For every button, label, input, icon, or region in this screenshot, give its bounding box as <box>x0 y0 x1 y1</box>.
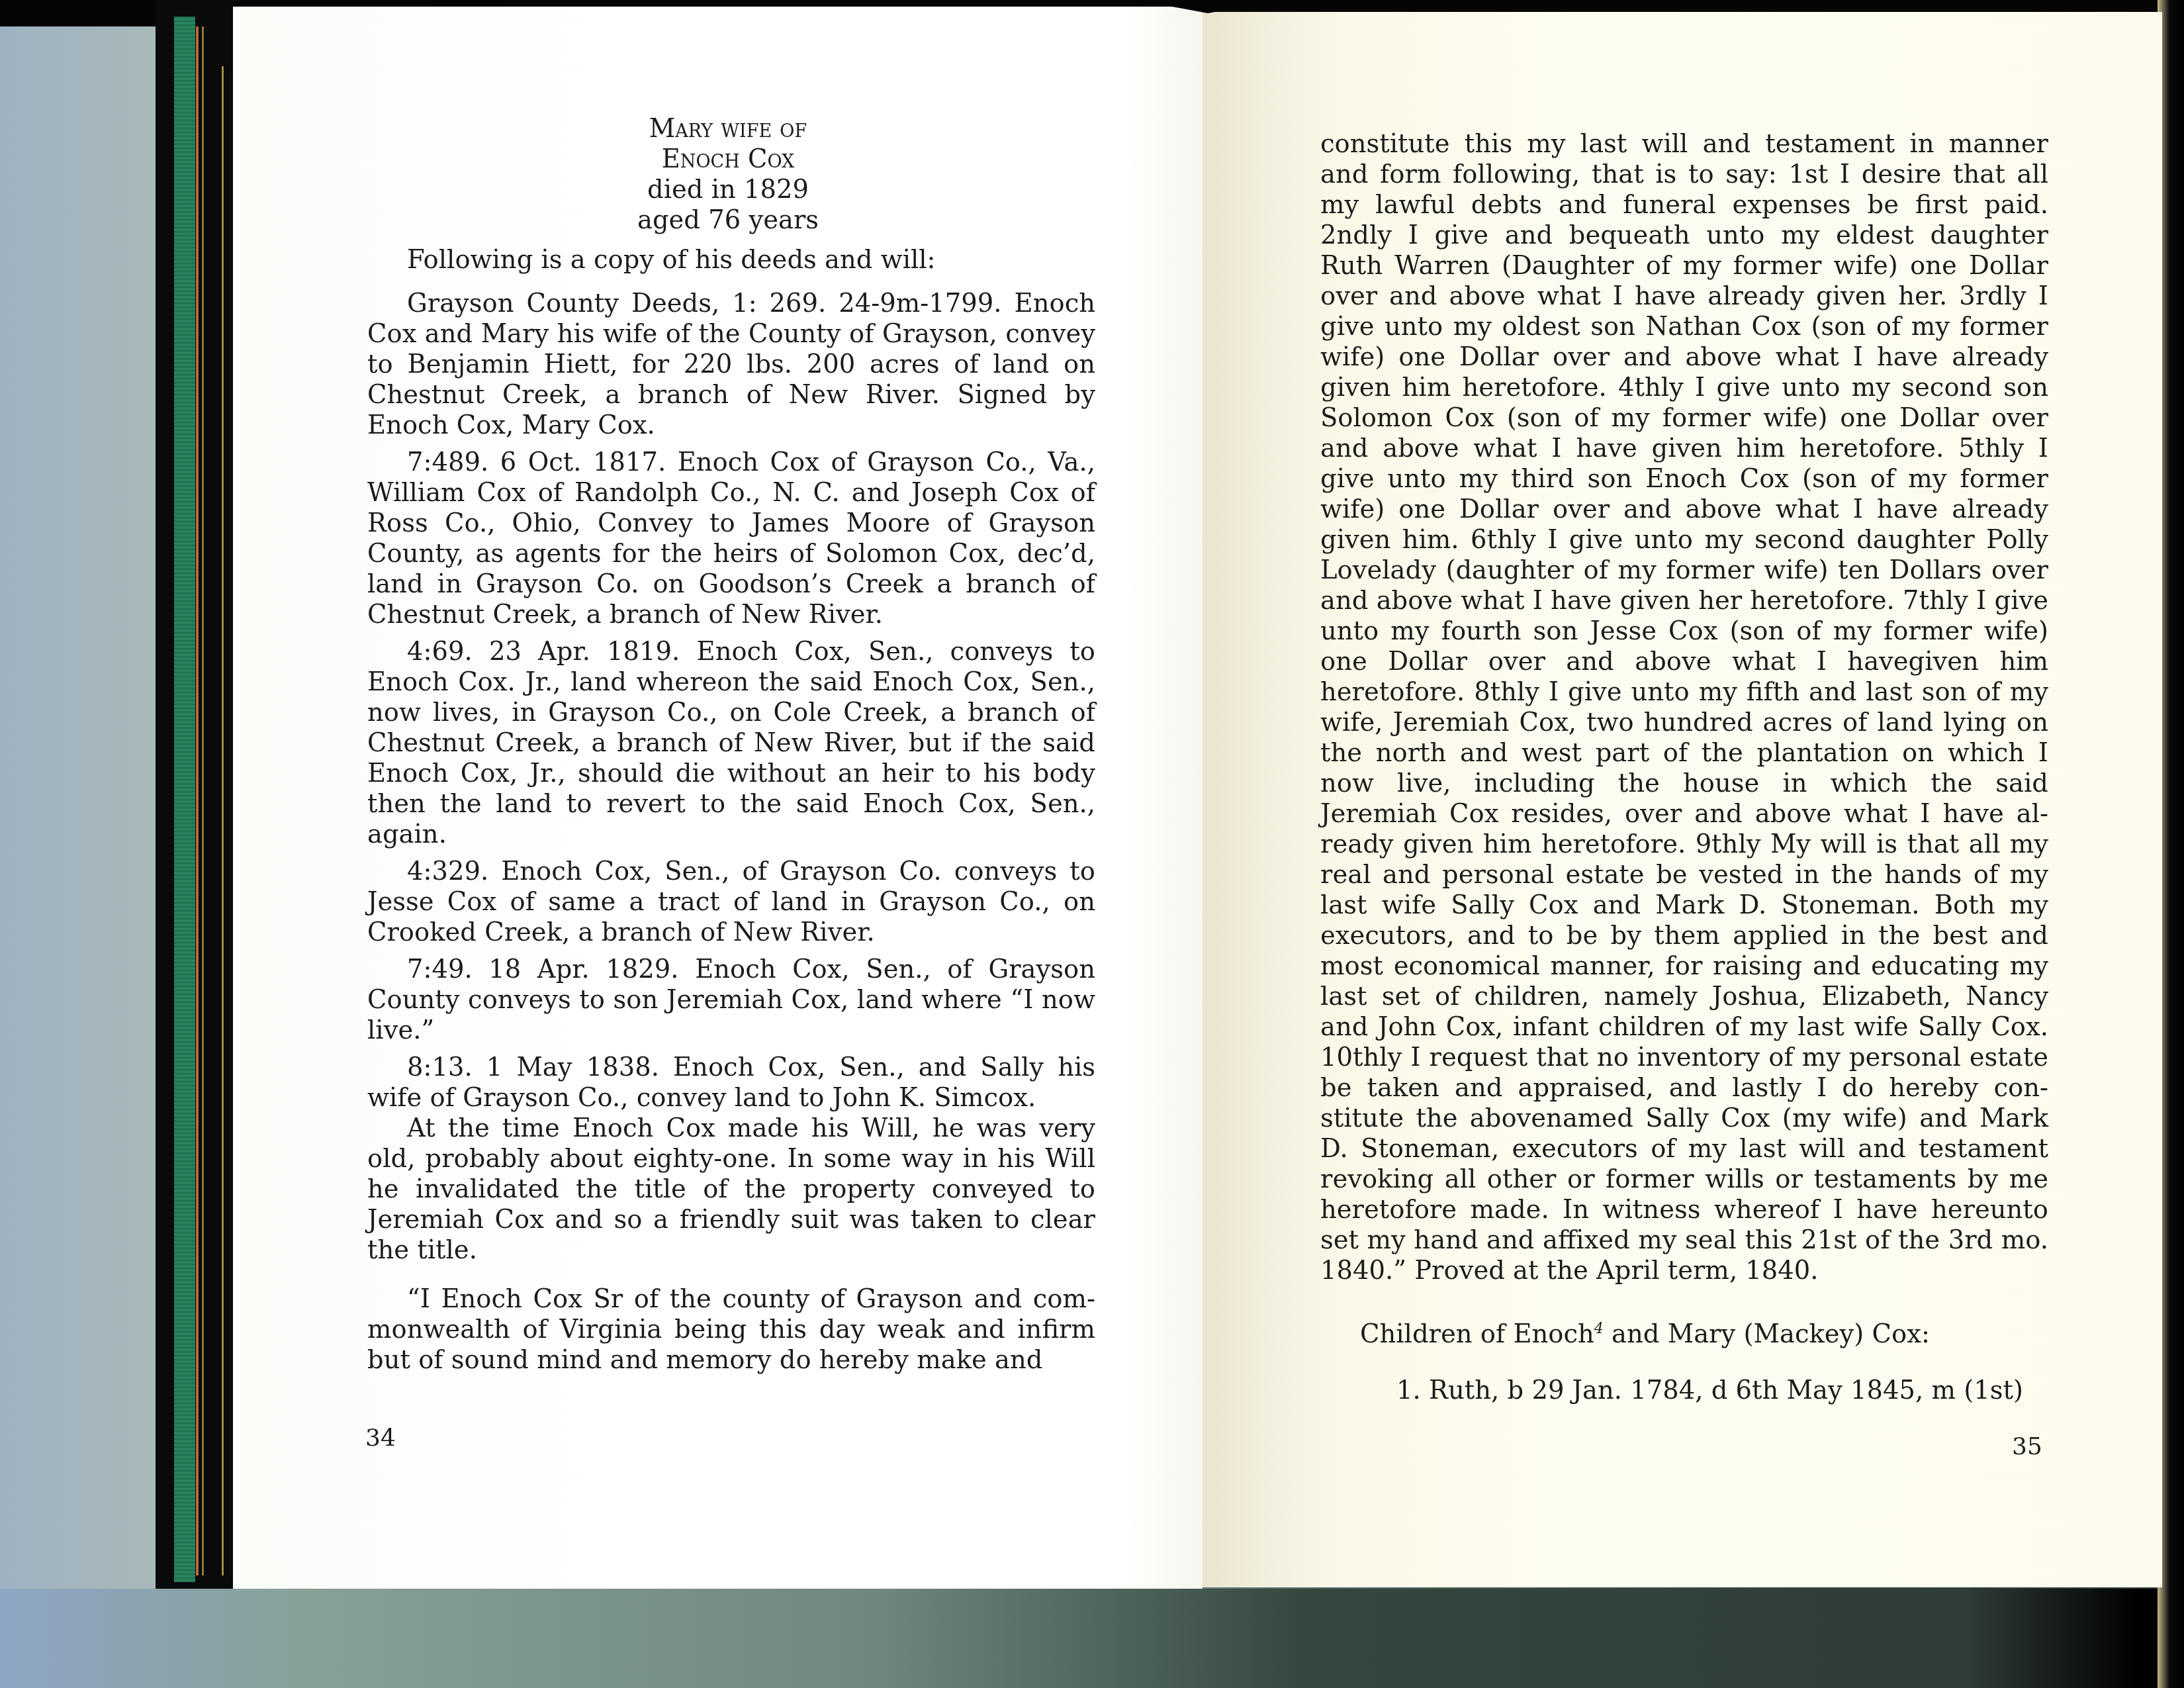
deed-paragraph: 7:49. 18 Apr. 1829. Enoch Cox, Sen., of … <box>367 955 1095 1046</box>
deed-paragraph: Grayson County Deeds, 1: 269. 24-9m-1799… <box>367 289 1095 441</box>
deed-paragraph: 4:329. Enoch Cox, Sen., of Grayson Co. c… <box>367 857 1095 948</box>
deed-paragraph: 8:13. 1 May 1838. Enoch Cox, Sen., and S… <box>367 1053 1095 1113</box>
children-heading-suffix: and Mary (Mackey) Cox: <box>1604 1319 1930 1349</box>
heading-line: Mary wife of <box>361 114 1095 144</box>
page-number-right: 35 <box>2012 1433 2042 1460</box>
children-heading: Children of Enoch4 and Mary (Mackey) Cox… <box>1320 1319 2048 1350</box>
page-number-left: 34 <box>365 1425 396 1452</box>
right-page-text: constitute this my last will and testame… <box>1320 129 2048 1431</box>
deed-paragraph: 4:69. 23 Apr. 1819. Enoch Cox, Sen., con… <box>367 637 1095 850</box>
intro-paragraph: Following is a copy of his deeds and wil… <box>367 245 1095 275</box>
will-paragraph: “I Enoch Cox Sr of the county of Grayson… <box>367 1284 1095 1376</box>
children-heading-prefix: Children of Enoch <box>1360 1319 1594 1349</box>
book-page-edge <box>202 26 204 1575</box>
left-page-text: Mary wife of Enoch Cox died in 1829 aged… <box>367 114 1095 1382</box>
book-page-edge <box>196 26 199 1575</box>
heading-line: died in 1829 <box>361 175 1095 205</box>
book-page-edge <box>222 66 224 1575</box>
child-list-item: 1. Ruth, b 29 Jan. 1784, d 6th May 1845,… <box>1396 1376 2048 1406</box>
heading-line: aged 76 years <box>361 205 1095 236</box>
will-paragraph-continued: constitute this my last will and testame… <box>1320 129 2048 1286</box>
book-spine-green-cloth <box>174 17 195 1582</box>
generation-superscript: 4 <box>1594 1321 1604 1337</box>
scan-background-bottom <box>0 1589 2184 1688</box>
heading-line: Enoch Cox <box>361 144 1095 175</box>
note-paragraph: At the time Enoch Cox made his Will, he … <box>367 1113 1095 1266</box>
memorial-heading: Mary wife of Enoch Cox died in 1829 aged… <box>361 114 1095 236</box>
deed-paragraph: 7:489. 6 Oct. 1817. Enoch Cox of Grayson… <box>367 447 1095 630</box>
